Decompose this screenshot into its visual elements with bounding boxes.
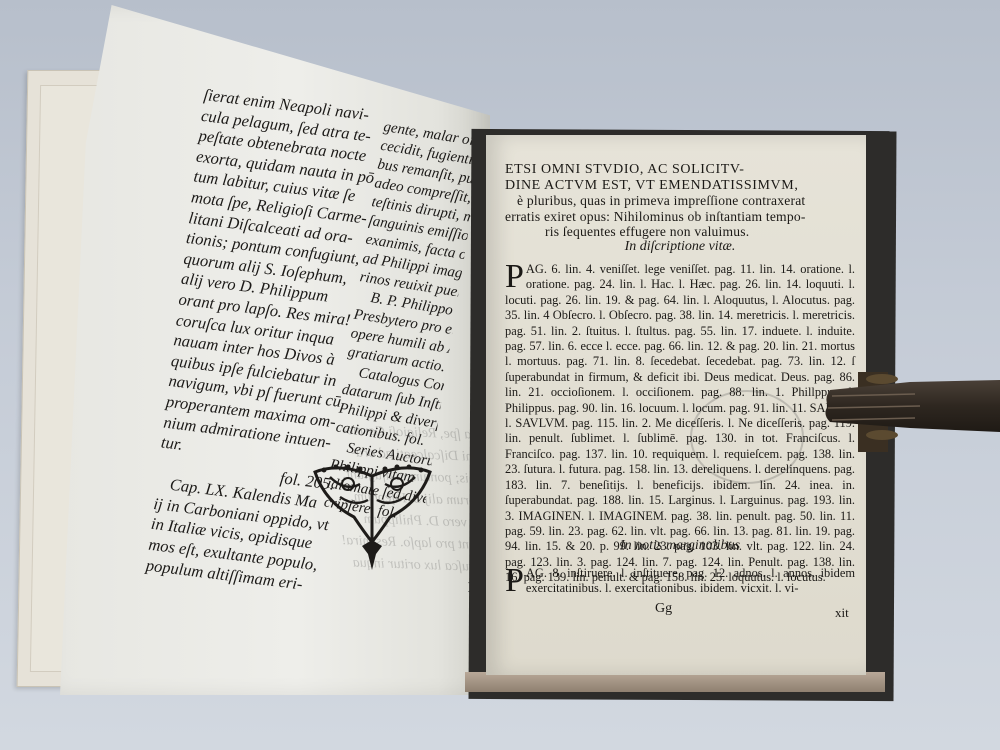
heading-line: ris ſequentes effugere non valuimus. [505,224,855,240]
errata-heading: ETSI OMNI STVDIO, AC SOLICITV- DINE ACTV… [505,162,855,240]
heading-line: DINE ACTVM EST, VT EMENDATISSIMVM, [505,178,855,194]
right-catchword: xit [835,605,849,621]
section-title-marginal-notes: In notis marginalibus [505,538,855,554]
errata-text: AG. 6. lin. 4. veniſſet. lege veniſſet. … [505,262,855,584]
signature-mark: Gg [655,601,672,617]
drop-cap: P [505,262,524,291]
printers-ornament-icon [310,462,435,572]
section-title-vitae: In diſcriptione vitæ. [505,239,855,255]
heading-line: è pluribus, quas in primeva impreſſione … [505,193,855,209]
book-board-edge [465,672,885,692]
photo-scene: ſierat enim Neapoli navi- cula pelagum, … [0,0,1000,750]
heading-line: ETSI OMNI STVDIO, AC SOLICITV- [505,162,855,178]
drop-cap: P [505,566,524,595]
errata-list-marginal: PAG. 8. inſtiruere. l. inſtituere. pag. … [505,566,855,597]
errata-list-vitae: PAG. 6. lin. 4. veniſſet. lege veniſſet.… [505,262,855,586]
errata-text: AG. 8. inſtiruere. l. inſtituere. pag. 1… [526,566,855,595]
bronze-hand-weight-icon [820,372,1000,442]
heading-line: erratis exiret opus: Nihilominus ob inſt… [505,209,855,225]
